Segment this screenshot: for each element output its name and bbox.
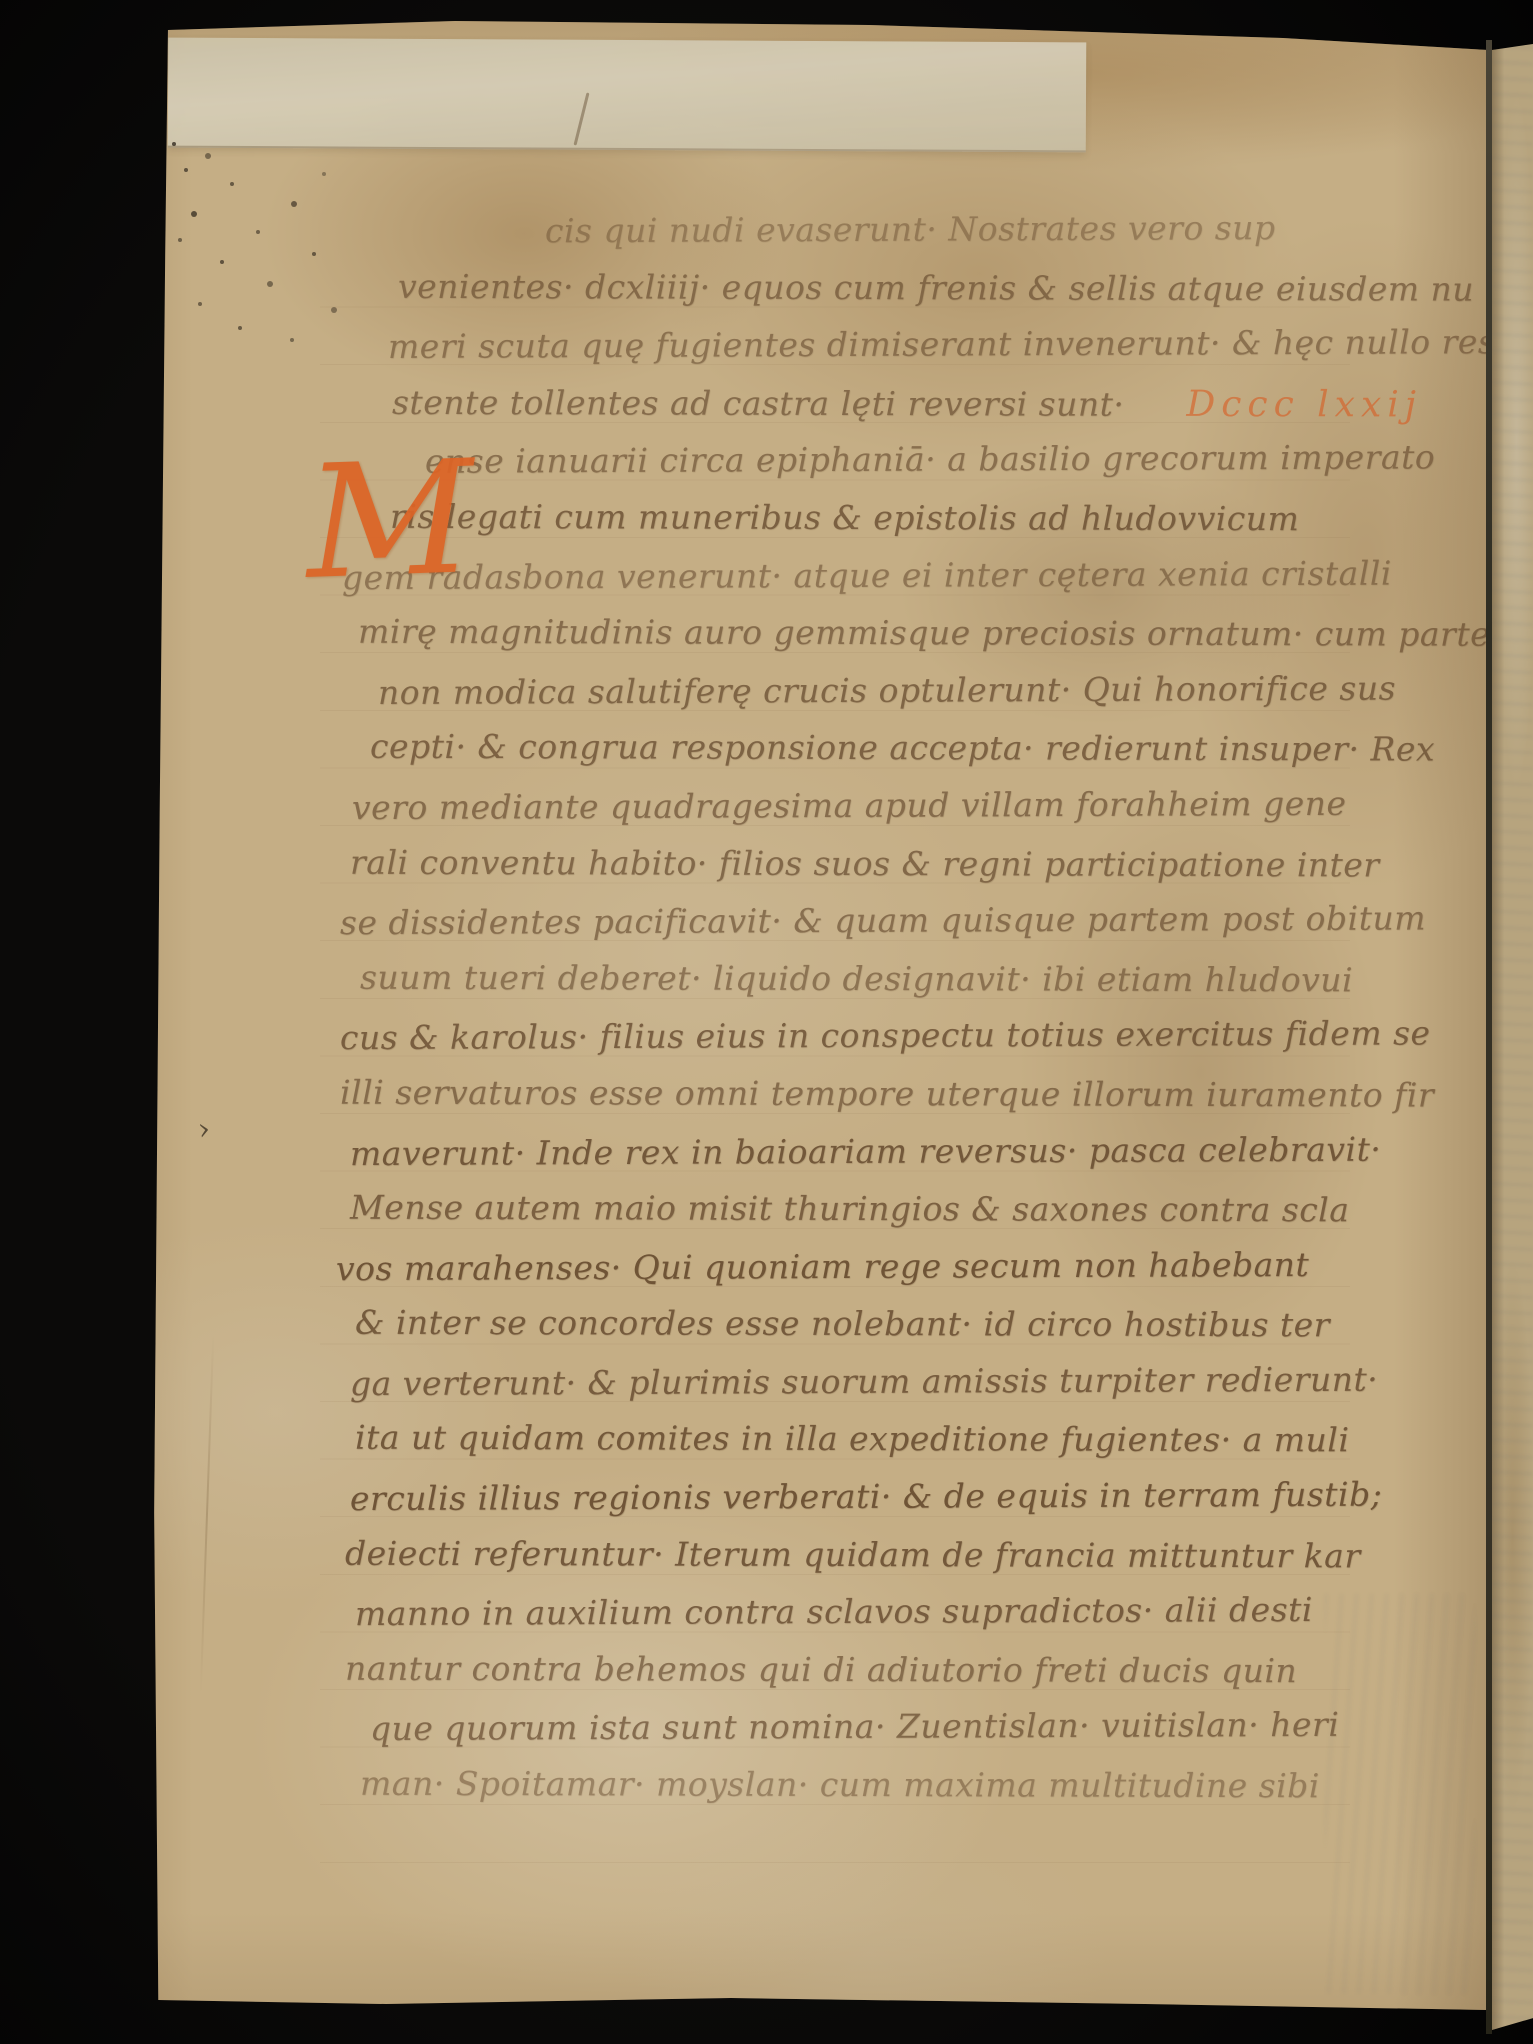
manuscript-line: non modica salutiferę crucis optulerunt·… [330,669,1350,731]
manuscript-line: manno in auxilium contra sclavos supradi… [330,1590,1350,1652]
manuscript-line: suum tueri deberet· liquido designavit· … [330,957,1350,1017]
line-text: non modica salutiferę crucis optulerunt·… [378,668,1396,711]
manuscript-line: vos marahenses· Qui quoniam rege secum n… [330,1244,1350,1306]
manuscript-line: erculis illius regionis verberati· & de … [330,1475,1350,1537]
manuscript-line: vero mediante quadragesima apud villam f… [330,784,1350,846]
line-text: Mense autem maio misit thuringios & saxo… [350,1188,1350,1230]
manuscript-line: mirę magnitudinis auro gemmisque precios… [330,612,1350,672]
line-text: man· Spoitamar· moyslan· cum maxima mult… [360,1764,1320,1806]
facing-page-fore-edge [1492,44,1533,2034]
manuscript-line: ita ut quidam comites in illa expedition… [330,1418,1350,1478]
manuscript-line: deiecti referuntur· Iterum quidam de fra… [330,1533,1350,1593]
line-text: venientes· dcxliiij· equos cum frenis & … [398,266,1474,308]
manuscript-line: illi servaturos esse omni tempore uterqu… [330,1073,1350,1133]
manuscript-line: maverunt· Inde rex in baioariam reversus… [330,1129,1350,1191]
initial-letter-M: M [304,447,477,593]
page-edge-shadow [1486,40,1492,2034]
manuscript-line: que quorum ista sunt nomina· Zuentislan·… [330,1705,1350,1767]
line-text: mirę magnitudinis auro gemmisque precios… [358,612,1490,654]
line-text: meri scuta quę fugientes dimiserant inve… [388,322,1507,366]
manuscript-line: man· Spoitamar· moyslan· cum maxima mult… [330,1764,1350,1824]
manuscript-line: cis qui nudi evaserunt· Nostrates vero s… [330,208,1350,270]
line-text: gem radasbona venerunt· atque ei inter c… [342,553,1392,597]
parchment-crease [200,1334,215,1694]
margin-mark: › [196,1111,213,1147]
line-text: & inter se concordes esse nolebant· id c… [355,1303,1330,1345]
line-text: ense ianuarii circa epiphaniā· a basilio… [425,438,1435,481]
manuscript-line: venientes· dcxliiij· equos cum frenis & … [330,266,1350,326]
manuscript-line: cepti· & congrua responsione accepta· re… [330,727,1350,787]
line-text: ga verterunt· & plurimis suorum amissis … [350,1360,1378,1403]
manuscript-line: rali conventu habito· filios suos & regn… [330,842,1350,902]
photograph-background: › cis qui nudi evaserunt· Nostrates vero… [0,0,1533,2044]
manuscript-line: nantur contra behemos qui di adiutorio f… [330,1649,1350,1709]
line-text: cus & karolus· filius eius in conspectu … [340,1014,1431,1058]
line-text: illi servaturos esse omni tempore uterqu… [340,1073,1434,1115]
line-text: cis qui nudi evaserunt· Nostrates vero s… [545,208,1276,250]
manuscript-line: gem radasbona venerunt· atque ei inter c… [330,553,1350,615]
manuscript-page: › cis qui nudi evaserunt· Nostrates vero… [110,14,1490,2012]
fore-edge-ghost-marks [1492,44,1533,2034]
line-text: erculis illius regionis verberati· & de … [350,1475,1383,1519]
manuscript-line: & inter se concordes esse nolebant· id c… [330,1303,1350,1363]
manuscript-line: ense ianuarii circa epiphaniā· a basilio… [330,438,1350,500]
line-text: ita ut quidam comites in illa expedition… [355,1418,1350,1460]
manuscript-line: se dissidentes pacificavit· & quam quisq… [330,899,1350,961]
line-text: vos marahenses· Qui quoniam rege secum n… [336,1245,1309,1288]
line-text: vero mediante quadragesima apud villam f… [352,784,1347,827]
manuscript-line: ris legati cum muneribus & epistolis ad … [330,497,1350,557]
line-text: maverunt· Inde rex in baioariam reversus… [350,1129,1381,1172]
line-text: nantur contra behemos qui di adiutorio f… [345,1649,1297,1690]
line-text: se dissidentes pacificavit· & quam quisq… [340,899,1426,943]
text-block: cis qui nudi evaserunt· Nostrates vero s… [330,210,1350,1823]
rubric-year: Dccc lxxij [1186,384,1422,426]
manuscript-line: cus & karolus· filius eius in conspectu … [330,1014,1350,1076]
manuscript-line: meri scuta quę fugientes dimiserant inve… [330,323,1350,385]
line-text: rali conventu habito· filios suos & regn… [350,842,1380,884]
ink-speckles [172,142,176,146]
manuscript-line: Mense autem maio misit thuringios & saxo… [330,1188,1350,1248]
line-text: que quorum ista sunt nomina· Zuentislan·… [370,1705,1340,1748]
line-text: manno in auxilium contra sclavos supradi… [355,1590,1313,1633]
manuscript-line: stente tollentes ad castra lęti reversi … [330,381,1350,441]
line-text: cepti· & congrua responsione accepta· re… [370,727,1435,769]
manuscript-line: ga verterunt· & plurimis suorum amissis … [330,1360,1350,1422]
repair-patch [168,38,1087,153]
line-text: ris legati cum muneribus & epistolis ad … [390,497,1299,538]
line-text: suum tueri deberet· liquido designavit· … [360,957,1353,999]
line-text: deiecti referuntur· Iterum quidam de fra… [345,1533,1361,1575]
line-text: stente tollentes ad castra lęti reversi … [392,383,1124,424]
